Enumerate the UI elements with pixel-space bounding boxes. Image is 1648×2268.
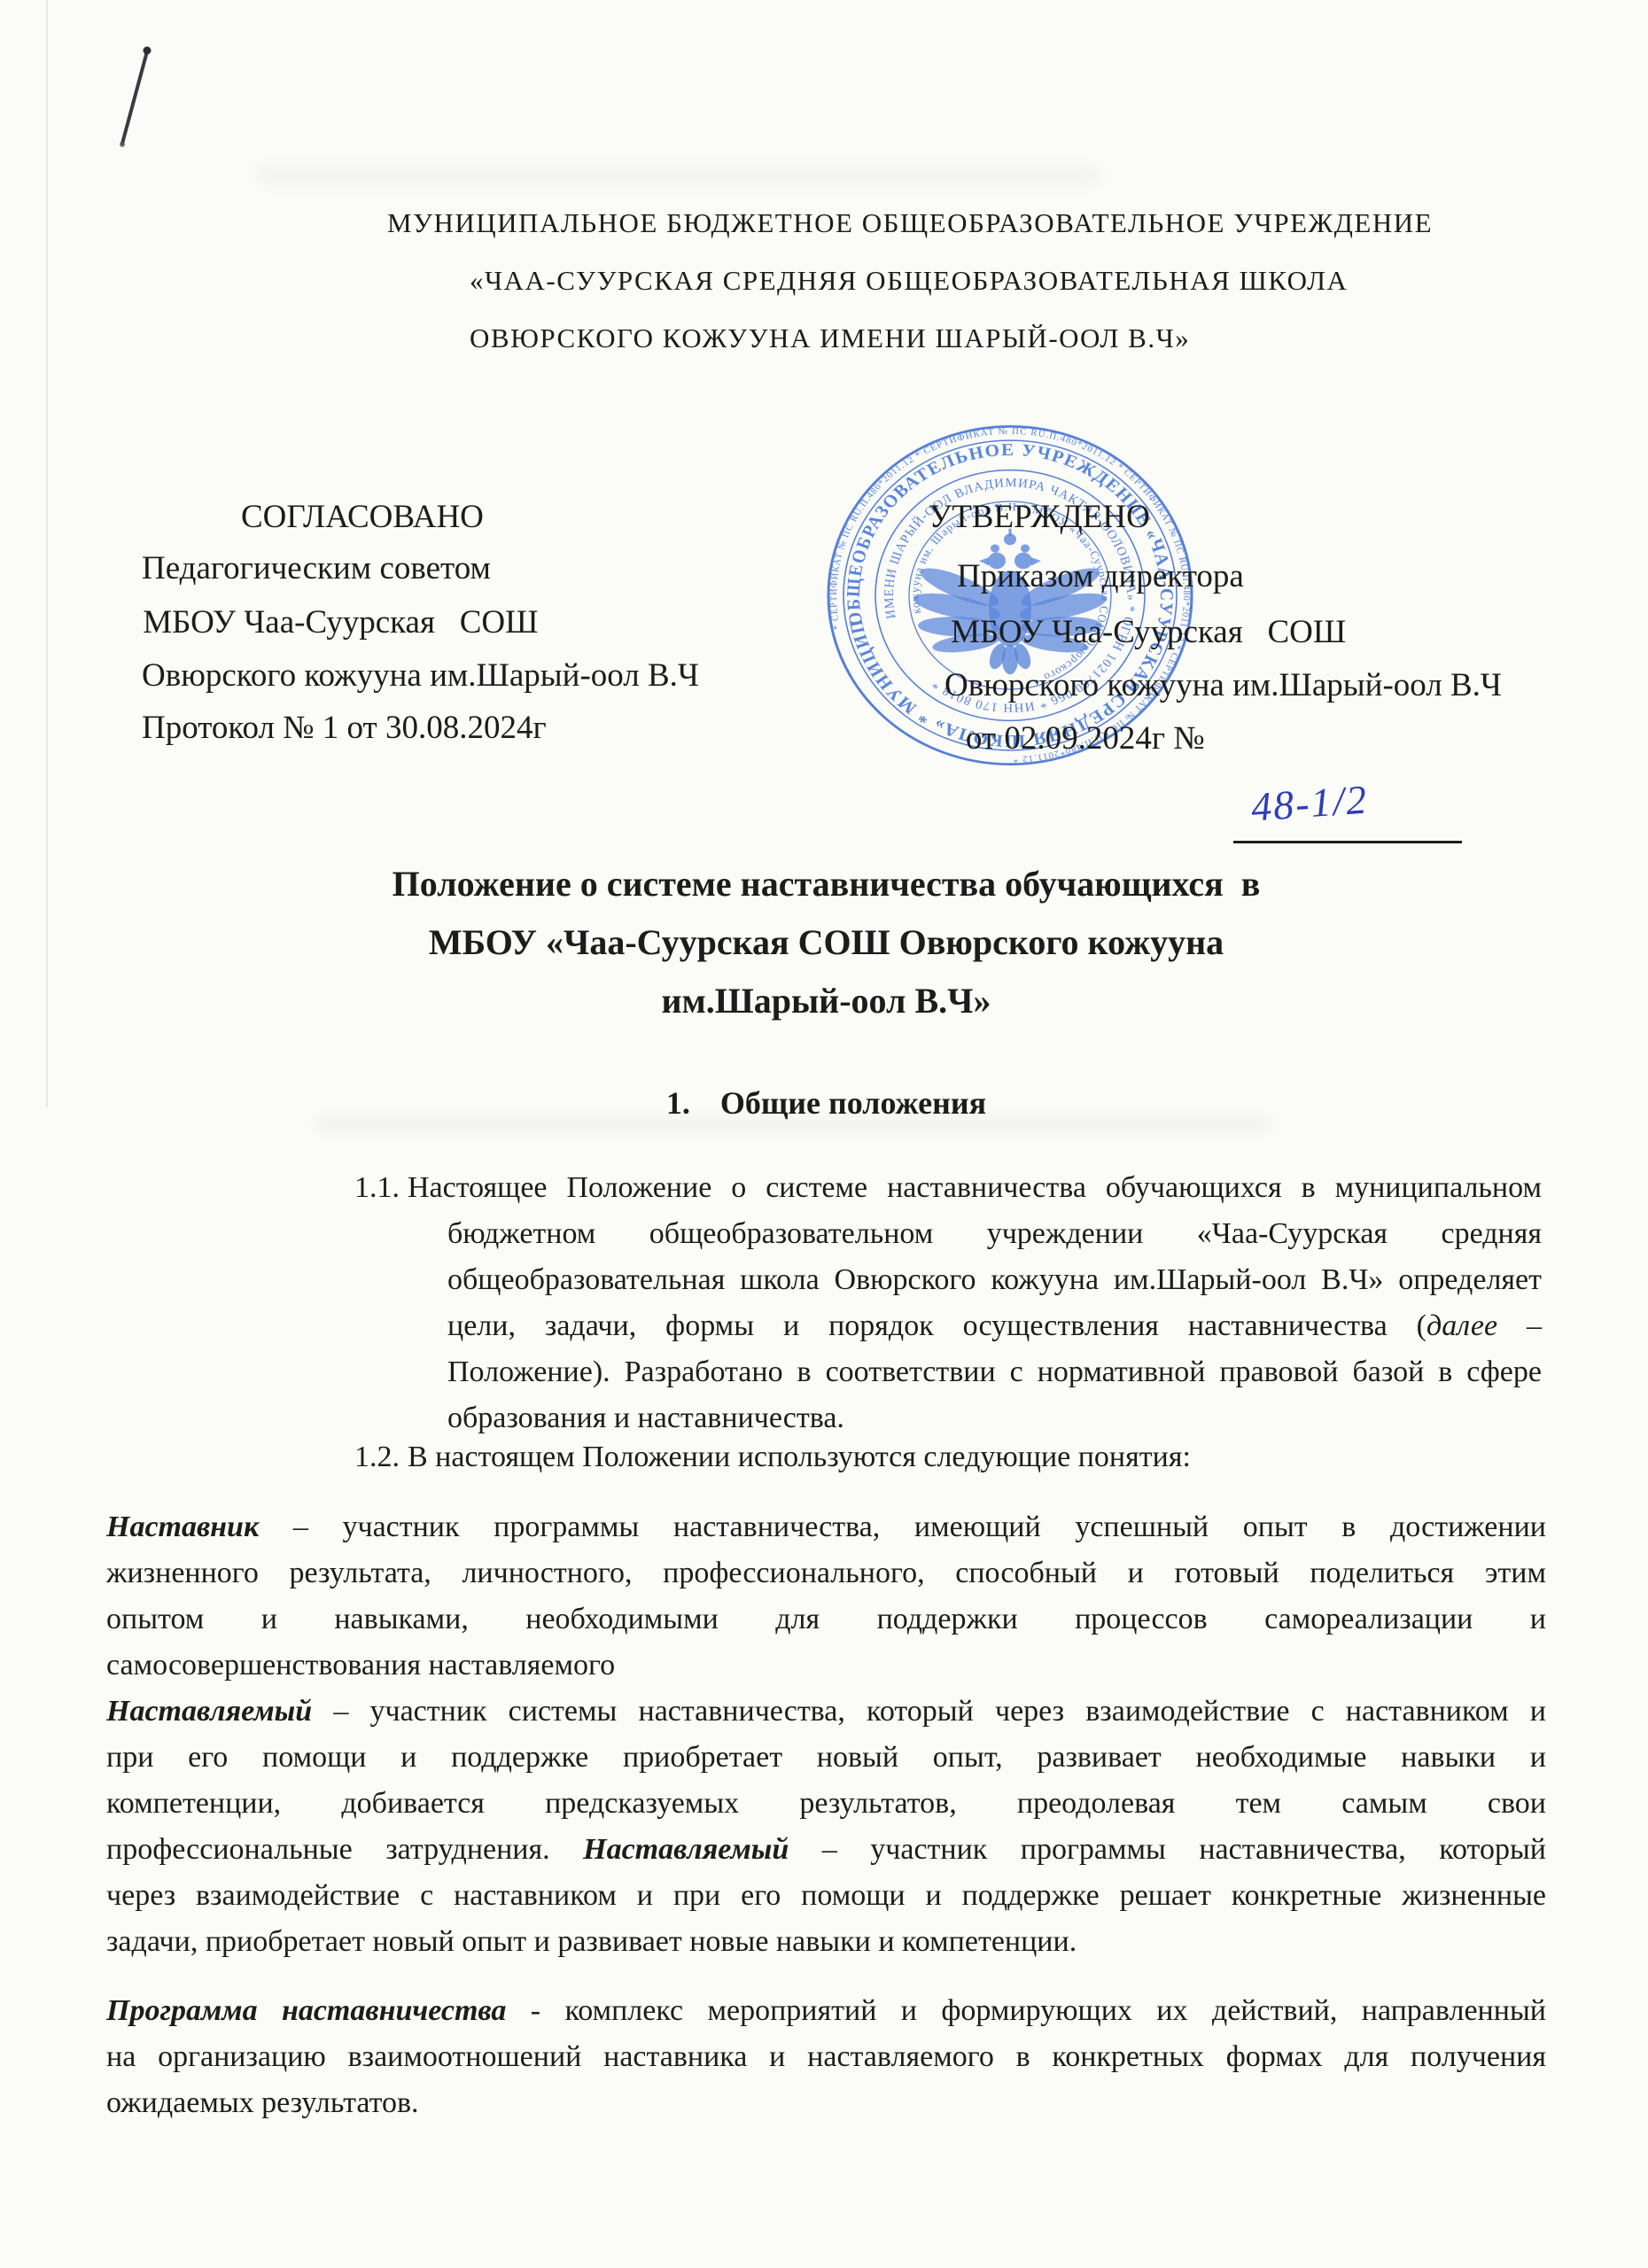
handwritten-order-number: 48-1/2 xyxy=(1249,775,1369,830)
clause-1-1-number: 1.1. xyxy=(354,1165,400,1211)
text-line: цели, задачи, формы и порядок осуществле… xyxy=(447,1303,1542,1349)
approved-line: МБОУ Чаа-Суурская СОШ xyxy=(951,613,1346,651)
definitions-block: Наставник – участник программы наставнич… xyxy=(106,1504,1546,2126)
section-title: Общие положения xyxy=(720,1085,986,1121)
pen-mark xyxy=(113,43,158,153)
text-line: общеобразовательная школа Овюрского кожу… xyxy=(447,1257,1542,1303)
org-header-line-1: МУНИЦИПАЛЬНОЕ БЮДЖЕТНОЕ ОБЩЕОБРАЗОВАТЕЛЬ… xyxy=(387,207,1433,239)
text-line: Наставляемый – участник системы наставни… xyxy=(106,1689,1546,1735)
doc-title-line-3: им.Шарый-оол В.Ч» xyxy=(106,980,1546,1021)
approved-title: УТВЕРЖДЕНО xyxy=(929,498,1150,536)
section-number: 1. xyxy=(666,1085,690,1121)
definition-mentor: Наставник – участник программы наставнич… xyxy=(106,1504,1546,1689)
section-heading: 1.Общие положения xyxy=(106,1084,1546,1122)
text-line: на организацию взаимоотношений наставник… xyxy=(106,2034,1546,2080)
text-line: опытом и навыками, необходимыми для подд… xyxy=(106,1596,1546,1643)
text-line: через взаимодействие с наставником и при… xyxy=(106,1873,1546,1919)
agreed-line: МБОУ Чаа-Суурская СОШ xyxy=(135,603,538,641)
agreed-line: Педагогическим советом xyxy=(142,549,491,587)
text-line: Наставник – участник программы наставнич… xyxy=(106,1504,1546,1550)
org-header-line-3: ОВЮРСКОГО КОЖУУНА ИМЕНИ ШАРЫЙ-ООЛ В.Ч» xyxy=(470,322,1190,354)
text-line: профессиональные затруднения. Наставляем… xyxy=(106,1827,1546,1873)
clause-1-2-text: В настоящем Положении используются следу… xyxy=(408,1434,1191,1480)
clause-1-2-number: 1.2. xyxy=(354,1434,400,1480)
page-edge-line xyxy=(46,0,48,1107)
org-header-line-2: «ЧАА-СУУРСКАЯ СРЕДНЯЯ ОБЩЕОБРАЗОВАТЕЛЬНА… xyxy=(470,265,1348,297)
doc-title-line-1: Положение о системе наставничества обуча… xyxy=(106,863,1546,905)
order-date-line: от 02.09.2024г № xyxy=(966,719,1205,757)
agreed-title: СОГЛАСОВАНО xyxy=(241,498,484,536)
text-line: жизненного результата, личностного, проф… xyxy=(106,1550,1546,1596)
text-line: Положение). Разработано в соответствии с… xyxy=(447,1349,1542,1395)
doc-title-line-2: МБОУ «Чаа-Суурская СОШ Овюрского кожууна xyxy=(106,921,1546,963)
bleed-through-smudge xyxy=(257,165,1099,186)
order-number-blank-line xyxy=(1233,841,1462,843)
text-line: ожидаемых результатов. xyxy=(106,2080,1546,2126)
text-line: задачи, приобретает новый опыт и развива… xyxy=(106,1919,1546,1965)
text-line: при его помощи и поддержке приобретает н… xyxy=(106,1735,1546,1781)
agreed-protocol-line: Протокол № 1 от 30.08.2024г xyxy=(142,709,547,747)
approved-line: Овюрского кожууна им.Шарый-оол В.Ч xyxy=(944,666,1502,704)
text-line: бюджетном общеобразовательном учреждении… xyxy=(447,1211,1542,1257)
approved-line: Приказом директора xyxy=(957,557,1244,595)
text-line: Программа наставничества - комплекс меро… xyxy=(106,1988,1546,2034)
definition-mentee: Наставляемый – участник системы наставни… xyxy=(106,1689,1546,1965)
text-line: самосовершенствования наставляемого xyxy=(106,1643,1546,1689)
text-line: Настоящее Положение о системе наставниче… xyxy=(408,1165,1542,1211)
scanned-document-page: * СЕРТИФИКАТ № ПС RU.П.480*2011.12 * СЕР… xyxy=(0,0,1648,2268)
text-line: компетенции, добивается предсказуемых ре… xyxy=(106,1781,1546,1827)
definition-program: Программа наставничества - комплекс меро… xyxy=(106,1988,1546,2126)
agreed-line: Овюрского кожууна им.Шарый-оол В.Ч xyxy=(142,656,699,695)
clause-1-1-text: Настоящее Положение о системе наставниче… xyxy=(447,1165,1542,1441)
